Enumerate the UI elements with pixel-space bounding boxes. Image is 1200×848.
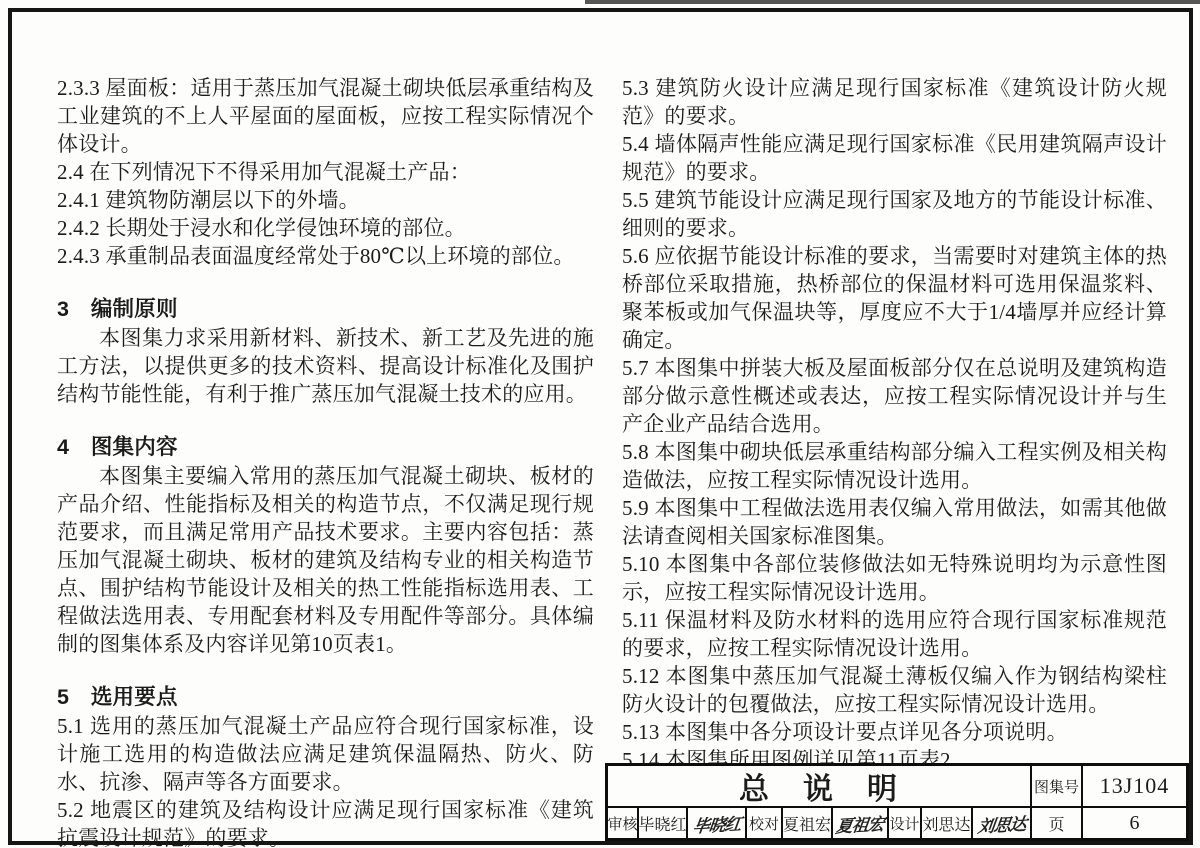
atlas-number-value: 13J104 [1081, 766, 1186, 806]
title-block: 总 说 明 图集号 13J104 审核 毕晓红 毕晓红 校对 夏祖宏 夏祖宏 设… [605, 763, 1189, 841]
paragraph-5-9: 5.9 本图集中工程做法选用表仅编入常用做法，如需其他做法请查阅相关国家标准图集… [622, 494, 1167, 550]
designer-role-label: 设计 [887, 808, 920, 838]
title-block-header-row: 总 说 明 图集号 13J104 [608, 766, 1186, 808]
paragraph-5-8: 5.8 本图集中砌块低层承重结构部分编入工程实例及相关构造做法，应按工程实际情况… [622, 438, 1167, 494]
paragraph-5-6: 5.6 应依据节能设计标准的要求，当需要时对建筑主体的热桥部位采取措施，热桥部位… [622, 242, 1167, 354]
left-column: 2.3.3 屋面板：适用于蒸压加气混凝土砌块低层承重结构及工业建筑的不上人平屋面… [57, 74, 594, 841]
sheet-title: 总 说 明 [739, 766, 899, 806]
paragraph-5-12: 5.12 本图集中蒸压加气混凝土薄板仅编入作为钢结构梁柱防火设计的包覆做法，应按… [622, 662, 1167, 718]
title-block-signer-row: 审核 毕晓红 毕晓红 校对 夏祖宏 夏祖宏 设计 刘思达 刘思达 页 6 [608, 808, 1186, 838]
paragraph-5-11: 5.11 保温材料及防水材料的选用应符合现行国家标准规范的要求，应按工程实际情况… [622, 606, 1167, 662]
paragraph-2-4-1: 2.4.1 建筑物防潮层以下的外墙。 [57, 186, 594, 214]
page-body: 2.3.3 屋面板：适用于蒸压加气混凝土砌块低层承重结构及工业建筑的不上人平屋面… [12, 12, 1189, 841]
signature-script: 毕晓红 [691, 809, 742, 837]
paragraph-5-3: 5.3 建筑防火设计应满足现行国家标准《建筑设计防火规范》的要求。 [622, 74, 1167, 130]
right-column: 5.3 建筑防火设计应满足现行国家标准《建筑设计防火规范》的要求。 5.4 墙体… [622, 74, 1167, 841]
paragraph-section-3: 本图集力求采用新材料、新技术、新工艺及先进的施工方法，以提供更多的技术资料、提高… [57, 324, 594, 408]
proofreader-name: 夏祖宏 [781, 808, 831, 838]
paragraph-section-4: 本图集主要编入常用的蒸压加气混凝土砌块、板材的产品介绍、性能指标及相关的构造节点… [57, 462, 594, 658]
paragraph-5-5: 5.5 建筑节能设计应满足现行国家及地方的节能设计标准、细则的要求。 [622, 186, 1167, 242]
paragraph-5-10: 5.10 本图集中各部位装修做法如无特殊说明均为示意性图示，应按工程实际情况设计… [622, 550, 1167, 606]
paragraph-5-1: 5.1 选用的蒸压加气混凝土产品应符合现行国家标准，设计施工选用的构造做法应满足… [57, 712, 594, 796]
paragraph-2-4-2: 2.4.2 长期处于浸水和化学侵蚀环境的部位。 [57, 214, 594, 242]
designer-name: 刘思达 [920, 808, 971, 838]
section-heading-5: 5 选用要点 [57, 682, 594, 712]
paragraph-2-3-3: 2.3.3 屋面板：适用于蒸压加气混凝土砌块低层承重结构及工业建筑的不上人平屋面… [57, 74, 594, 158]
paragraph-2-4-3: 2.4.3 承重制品表面温度经常处于80℃以上环境的部位。 [57, 242, 594, 270]
proofreader-role-label: 校对 [745, 808, 781, 838]
reviewer-name: 毕晓红 [637, 808, 686, 838]
proofreader-signature: 夏祖宏 [831, 808, 887, 838]
signer-cells: 审核 毕晓红 毕晓红 校对 夏祖宏 夏祖宏 设计 刘思达 刘思达 [608, 808, 1030, 838]
paragraph-5-7: 5.7 本图集中拼装大板及屋面板部分仅在总说明及建筑构造部分做示意性概述或表达，… [622, 354, 1167, 438]
paragraph-5-13: 5.13 本图集中各分项设计要点详见各分项说明。 [622, 718, 1167, 746]
signature-script: 夏祖宏 [834, 809, 885, 837]
paragraph-5-2: 5.2 地震区的建筑及结构设计应满足现行国家标准《建筑抗震设计规范》的要求。 [57, 796, 594, 848]
signature-script: 刘思达 [976, 809, 1027, 837]
page-border: 2.3.3 屋面板：适用于蒸压加气混凝土砌块低层承重结构及工业建筑的不上人平屋面… [8, 8, 1193, 845]
reviewer-role-label: 审核 [608, 808, 637, 838]
paragraph-5-4: 5.4 墙体隔声性能应满足现行国家标准《民用建筑隔声设计规范》的要求。 [622, 130, 1167, 186]
paragraph-2-4: 2.4 在下列情况下不得采用加气混凝土产品： [57, 158, 594, 186]
reviewer-signature: 毕晓红 [686, 808, 745, 838]
page-label: 页 [1030, 808, 1081, 838]
section-heading-4: 4 图集内容 [57, 432, 594, 462]
designer-signature: 刘思达 [971, 808, 1030, 838]
sheet-title-cell: 总 说 明 [608, 766, 1030, 806]
scan-artifact [585, 0, 1200, 4]
section-heading-3: 3 编制原则 [57, 294, 594, 324]
atlas-number-label: 图集号 [1030, 766, 1081, 806]
page-number: 6 [1081, 808, 1186, 838]
